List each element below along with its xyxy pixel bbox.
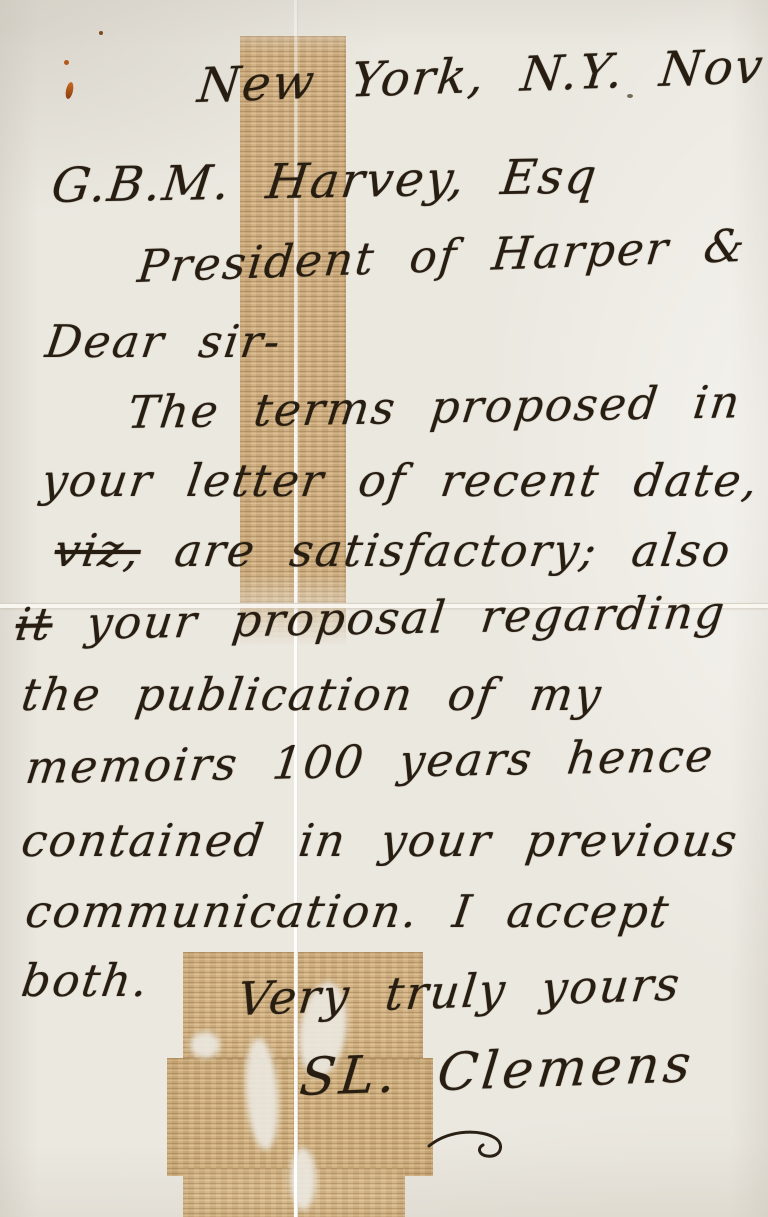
- rust-stain-2: [64, 81, 74, 99]
- body-line-1: The terms proposed in: [125, 375, 745, 439]
- body-line-8: communication. I accept: [22, 885, 673, 938]
- salutation-line: Dear sir-: [42, 315, 285, 368]
- body-line-4-text: your proposal regarding: [84, 586, 730, 650]
- letter-document: New York, N.Y. Nov 26, 1900 G.B.M. Harve…: [0, 0, 768, 1217]
- rust-stain-1: [64, 60, 69, 65]
- body-line-6: memoirs 100 years hence: [23, 729, 718, 794]
- body-line-4-struck-word: it: [13, 597, 56, 651]
- recipient-title-line: President of Harper & Bros.: [135, 213, 768, 293]
- body-line-2-text: your letter of recent date,: [38, 454, 762, 507]
- body-line-3: viz, are satisfactory; also: [51, 524, 735, 577]
- signature-line: SL. Clemens: [297, 1034, 698, 1108]
- body-line-2: your letter of recent date,&: [38, 454, 768, 507]
- body-line-9: both.: [18, 954, 153, 1007]
- body-line-3-text: are satisfactory; also: [171, 524, 735, 577]
- tape-tear-4: [190, 1032, 220, 1058]
- body-line-5: the publication of my: [18, 668, 606, 721]
- signature-flourish-icon: [425, 1130, 525, 1166]
- recipient-line: G.B.M. Harvey, Esq: [49, 148, 602, 213]
- body-line-7: contained in your previous: [18, 814, 742, 867]
- ink-speck-1: [99, 31, 103, 35]
- body-line-3-struck-word: viz,: [51, 524, 144, 577]
- body-line-4: it your proposal regarding: [13, 586, 729, 651]
